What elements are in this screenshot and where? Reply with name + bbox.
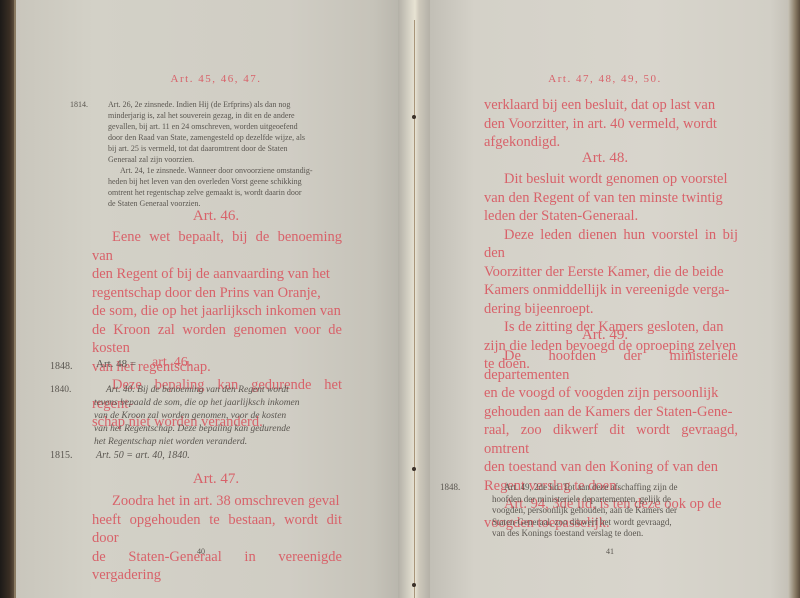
right-page: Art. 47, 48, 49, 50. verklaard bij een b…: [430, 0, 800, 598]
article-title-48: Art. 48.: [500, 150, 710, 167]
text-line: Deze leden dienen hun voorstel in bij de…: [484, 226, 738, 263]
book-gutter: [398, 0, 432, 598]
article-47-continuation: verklaard bij een besluit, dat op last v…: [484, 96, 738, 152]
text-line: den Voorzitter, in art. 40 vermeld, word…: [484, 115, 738, 134]
note-1848-reference: art. 46.: [152, 355, 191, 371]
text-line: Kamers onmiddellijk in vereenigde verga-: [484, 281, 738, 300]
text-line: Voorzitter der Eerste Kamer, die de beid…: [484, 263, 738, 282]
note-1848: 1848. Art. 49, 2de lid. Tot aan deze afs…: [492, 482, 742, 540]
note-year: 1848.: [440, 482, 460, 494]
note-line: Art. 26, 2e zinsnede. Indien Hij (de Erf…: [108, 99, 344, 110]
note-line: van des Konings toestand verslag te doen…: [492, 528, 742, 540]
binding-stitch: [412, 115, 416, 119]
book-page-edge: [788, 0, 800, 598]
note-line: bij art. 25 is vermeld, tot dat daaromtr…: [108, 143, 344, 154]
note-line: Staten-Generaal, zoo dikwerf het wordt g…: [492, 517, 742, 529]
note-year: 1840.: [50, 384, 71, 397]
text-line: den toestand van den Koning of van den: [484, 458, 738, 477]
note-line: omtrent het regentschap zelve gemaakt is…: [108, 187, 344, 198]
text-line: gehouden aan de Kamers der Staten-Gene-: [484, 403, 738, 422]
note-line: Art. 24, 1e zinsnede. Wanneer door onvoo…: [108, 165, 344, 176]
note-1848-prefix: Art. 48 =: [96, 358, 136, 370]
page-number: 40: [186, 547, 216, 556]
note-line: heden bij het leven van den overleden Vo…: [108, 176, 344, 187]
running-head: Art. 47, 48, 49, 50.: [490, 73, 720, 85]
text-line: Dit besluit wordt genomen op voorstel: [484, 170, 738, 189]
article-title-49: Art. 49.: [500, 327, 710, 344]
text-line: afgekondigd.: [484, 133, 738, 152]
note-line: minderjarig is, zal het souverein gezag,…: [108, 110, 344, 121]
article-title-46: Art. 46.: [116, 208, 316, 225]
text-line: dering bijeenroept.: [484, 300, 738, 319]
article-title-47: Art. 47.: [116, 471, 316, 488]
note-1815-text: Art. 50 = art. 40, 1840.: [96, 450, 190, 461]
note-line: van het Regentschap. Deze bepaling kan g…: [94, 423, 342, 436]
text-line: de Staten-Generaal in vereenigde vergade…: [92, 548, 342, 585]
note-1814: 1814. Art. 26, 2e zinsnede. Indien Hij (…: [108, 99, 344, 209]
text-line: regentschap door den Prins van Oranje,: [92, 284, 342, 303]
note-line: Generaal zal zijn voorzien.: [108, 154, 344, 165]
running-head: Art. 45, 46, 47.: [116, 73, 316, 85]
page-number: 41: [595, 547, 625, 556]
binding-thread: [414, 20, 415, 598]
binding-stitch: [412, 583, 416, 587]
note-line: het Regentschap niet worden veranderd.: [94, 436, 342, 449]
text-line: de som, die op het jaarlijksch inkomen v…: [92, 302, 342, 321]
note-1840: 1840. Art. 40. Bij de benoeming van den …: [94, 384, 342, 449]
note-line: door den Raad van State, zamengesteld op…: [108, 132, 344, 143]
left-page: Art. 45, 46, 47. 1814. Art. 26, 2e zinsn…: [14, 0, 404, 598]
note-1815-year: 1815.: [50, 450, 73, 461]
note-line: tevens bepaald de som, die op het jaarli…: [94, 397, 342, 410]
note-line: gevallen, bij art. 11 en 24 omschreven, …: [108, 121, 344, 132]
text-line: De hoofden der ministeriele departemente…: [484, 347, 738, 384]
note-line: hoofden der ministeriele departementen, …: [492, 494, 742, 506]
text-line: en de voogd of voogden zijn persoonlijk: [484, 384, 738, 403]
note-line: Art. 49, 2de lid. Tot aan deze afschaffi…: [492, 482, 742, 494]
text-line: raal, zoo dikwerf dit wordt gevraagd, om…: [484, 421, 738, 458]
text-line: Eene wet bepaalt, bij de benoeming van: [92, 228, 342, 265]
text-line: verklaard bij een besluit, dat op last v…: [484, 96, 738, 115]
text-line: de Kroon zal worden genomen voor de kost…: [92, 321, 342, 358]
text-line: heeft opgehouden te bestaan, wordt dit d…: [92, 511, 342, 548]
note-line: voogden, persoonlijk gehouden, aan de Ka…: [492, 505, 742, 517]
article-47-text: Zoodra het in art. 38 omschreven geval h…: [92, 492, 342, 585]
note-1848-year: 1848.: [50, 361, 73, 372]
text-line: leden der Staten-Generaal.: [484, 207, 738, 226]
note-line: van de Kroon zal worden genomen, voor de…: [94, 410, 342, 423]
note-line: Art. 40. Bij de benoeming van den Regent…: [94, 384, 342, 397]
text-line: van den Regent of van ten minste twintig: [484, 189, 738, 208]
text-line: den Regent of bij de aanvaarding van het: [92, 265, 342, 284]
text-line: Zoodra het in art. 38 omschreven geval: [92, 492, 342, 511]
note-year: 1814.: [70, 99, 88, 110]
binding-stitch: [412, 467, 416, 471]
